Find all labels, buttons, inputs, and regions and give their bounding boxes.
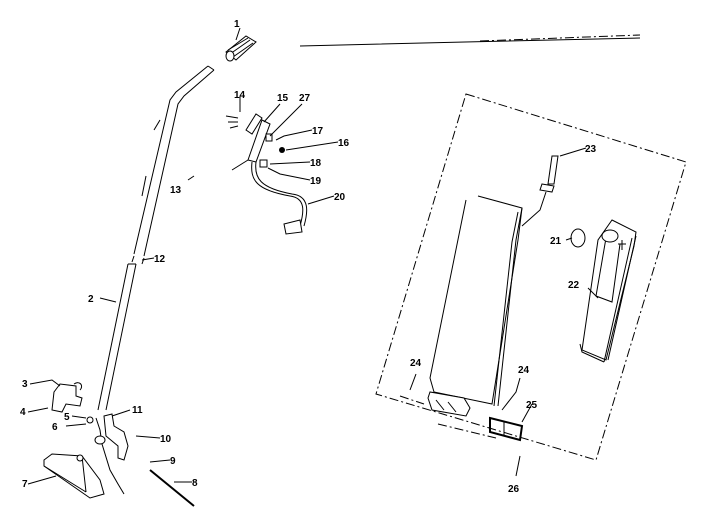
callout-10: 10: [160, 434, 172, 445]
callout-22: 22: [568, 280, 580, 291]
leader-5: [72, 416, 86, 418]
leader-23: [560, 148, 586, 156]
leader-11: [112, 410, 130, 416]
leader-27: [270, 104, 302, 136]
header-rule-line: [300, 38, 640, 46]
callout-14: 14: [234, 90, 246, 101]
handle-grip-part: [226, 36, 256, 61]
leader-10: [136, 436, 160, 438]
screw-part: [87, 417, 93, 423]
callout-3: 3: [22, 379, 28, 390]
callout-18: 18: [310, 158, 322, 169]
callout-5: 5: [64, 412, 70, 423]
power-cord-part: [252, 162, 307, 234]
callout-16: 16: [338, 138, 350, 149]
leader-26: [516, 456, 520, 476]
bag-cover-part: [580, 220, 636, 362]
upper-handle-tube: [134, 66, 214, 256]
callout-9: 9: [170, 456, 176, 467]
gasket-part: [490, 418, 522, 440]
callout-8: 8: [192, 478, 198, 489]
callout-27: 27: [299, 93, 311, 104]
leader-16: [286, 142, 338, 150]
leader-7: [28, 476, 56, 484]
leader-6: [66, 424, 86, 426]
leader-20: [308, 196, 334, 204]
callout-1: 1: [234, 19, 240, 30]
callout-7: 7: [22, 479, 28, 490]
callout-6: 6: [52, 422, 58, 433]
o-ring-part: [571, 229, 585, 247]
leader-19: [268, 168, 310, 180]
callout-24-left: 24: [410, 358, 422, 369]
callout-26: 26: [508, 484, 520, 495]
switch-assembly: [226, 114, 285, 170]
callout-13: 13: [170, 185, 182, 196]
base-nozzle-part: [44, 454, 104, 498]
diagram-canvas: 1 2 3 4 5 6 7 8 9 10 11 12 13 14 15 16 1…: [0, 0, 720, 516]
callout-17: 17: [312, 126, 324, 137]
paper-bag-part: [428, 196, 522, 416]
leader-18: [270, 162, 310, 164]
rod-part: [150, 470, 194, 506]
leader-24a: [410, 374, 416, 390]
callout-2: 2: [88, 294, 94, 305]
lower-handle-tube: [98, 264, 136, 410]
bag-connector-part: [522, 156, 558, 226]
callout-19: 19: [310, 176, 322, 187]
leader-24b: [502, 378, 520, 410]
callout-24-right: 24: [518, 365, 530, 376]
callout-20: 20: [334, 192, 346, 203]
leader-15: [264, 104, 280, 122]
callout-25: 25: [526, 400, 538, 411]
callout-4: 4: [20, 407, 26, 418]
callout-15: 15: [277, 93, 289, 104]
callout-12: 12: [154, 254, 166, 265]
leader-9: [150, 460, 170, 462]
leader-3: [30, 380, 60, 386]
callout-11: 11: [132, 405, 143, 416]
handle-bracket-part: [52, 383, 82, 412]
leader-13: [188, 176, 194, 180]
leader-4: [28, 408, 48, 412]
leader-17: [276, 130, 312, 140]
callout-23: 23: [585, 144, 597, 155]
parts-diagram: 1 2 3 4 5 6 7 8 9 10 11 12 13 14 15 16 1…: [0, 0, 720, 516]
callout-21: 21: [550, 236, 562, 247]
leader-2: [100, 298, 116, 302]
